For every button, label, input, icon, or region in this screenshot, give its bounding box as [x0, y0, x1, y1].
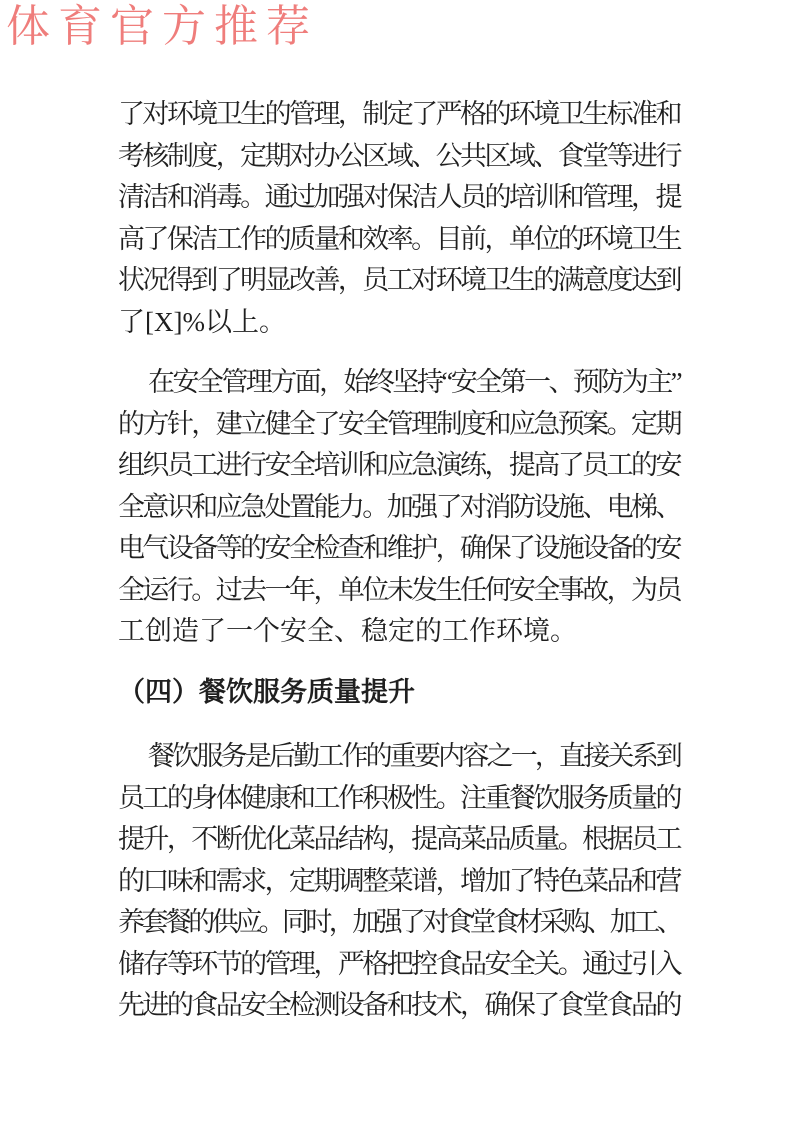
text-line: 了对环境卫生的管理，制定了严格的环境卫生标准和: [118, 94, 680, 136]
text-line: 提升，不断优化菜品结构，提高菜品质量。根据员工: [118, 819, 680, 861]
text-line: 全意识和应急处置能力。加强了对消防设施、电梯、: [118, 487, 680, 529]
text-line: 清洁和消毒。通过加强对保洁人员的培训和管理，提: [118, 177, 680, 219]
text-line: 组织员工进行安全培训和应急演练，提高了员工的安: [118, 445, 680, 487]
text-line: 电气设备等的安全检查和维护，确保了设施设备的安: [118, 528, 680, 570]
text-line: 高了保洁工作的质量和效率。目前，单位的环境卫生: [118, 219, 680, 261]
text-line: 餐饮服务是后勤工作的重要内容之一，直接关系到: [118, 736, 680, 778]
text-line: 的口味和需求，定期调整菜谱，增加了特色菜品和营: [118, 861, 680, 903]
text-line: 储存等环节的管理，严格把控食品安全关。通过引入: [118, 944, 680, 986]
section-heading: （四）餐饮服务质量提升: [118, 672, 680, 714]
watermark-text: 体育官方推荐: [6, 0, 318, 54]
text-line: 工创造了一个安全、稳定的工作环境。: [118, 611, 680, 653]
text-line: 的方针，建立健全了安全管理制度和应急预案。定期: [118, 404, 680, 446]
text-line: 状况得到了明显改善，员工对环境卫生的满意度达到: [118, 260, 680, 302]
document-content: 了对环境卫生的管理，制定了严格的环境卫生标准和考核制度，定期对办公区域、公共区域…: [118, 94, 680, 1046]
text-line: 考核制度，定期对办公区域、公共区域、食堂等进行: [118, 136, 680, 178]
text-line: 了[X]%以上。: [118, 302, 680, 344]
text-line: 全运行。过去一年，单位未发生任何安全事故，为员: [118, 570, 680, 612]
paragraph: 餐饮服务是后勤工作的重要内容之一，直接关系到员工的身体健康和工作积极性。注重餐饮…: [118, 736, 680, 1027]
paragraph: 了对环境卫生的管理，制定了严格的环境卫生标准和考核制度，定期对办公区域、公共区域…: [118, 94, 680, 343]
text-line: 员工的身体健康和工作积极性。注重餐饮服务质量的: [118, 778, 680, 820]
paragraph: 在安全管理方面，始终坚持“安全第一、预防为主”的方针，建立健全了安全管理制度和应…: [118, 362, 680, 653]
text-line: 先进的食品安全检测设备和技术，确保了食堂食品的: [118, 985, 680, 1027]
text-line: 养套餐的供应。同时，加强了对食堂食材采购、加工、: [118, 902, 680, 944]
text-line: 在安全管理方面，始终坚持“安全第一、预防为主”: [118, 362, 680, 404]
